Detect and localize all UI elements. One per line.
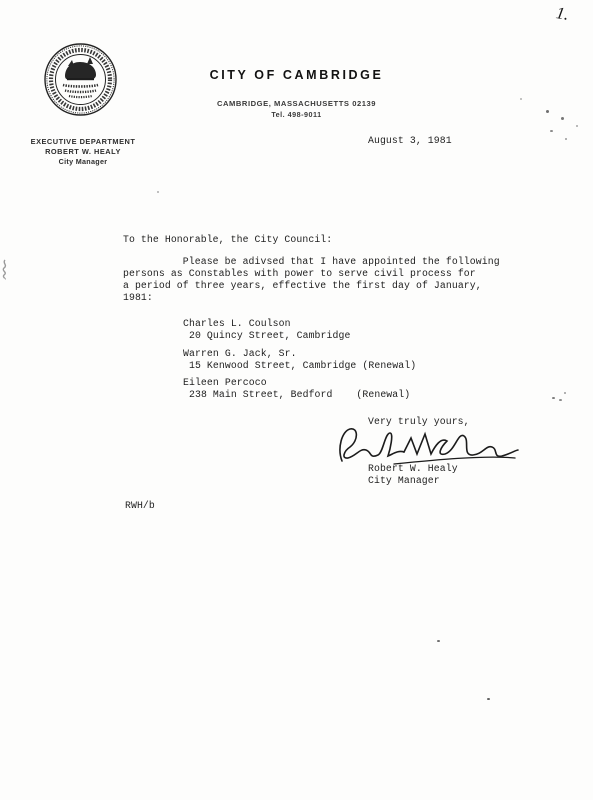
scan-speck <box>565 138 567 140</box>
scan-speck <box>561 117 564 120</box>
appointee-name: Charles L. Coulson <box>183 318 416 330</box>
appointee-name: Eileen Percoco <box>183 377 416 389</box>
appointee-list: Charles L. Coulson 20 Quincy Street, Cam… <box>183 318 416 407</box>
appointee-address: 20 Quincy Street, Cambridge <box>183 330 416 342</box>
letterhead-title: CITY OF CAMBRIDGE <box>0 68 593 82</box>
scan-speck <box>520 98 522 100</box>
scan-speck <box>487 698 490 700</box>
scan-speck <box>437 640 440 642</box>
scan-speck <box>559 399 562 401</box>
appointee-address: 15 Kenwood Street, Cambridge (Renewal) <box>183 360 416 372</box>
manager-title: City Manager <box>18 157 148 167</box>
handwritten-page-number: 1. <box>554 3 570 25</box>
appointee-entry: Eileen Percoco 238 Main Street, Bedford … <box>183 377 416 401</box>
letter-date: August 3, 1981 <box>368 135 452 147</box>
appointee-entry: Charles L. Coulson 20 Quincy Street, Cam… <box>183 318 416 342</box>
appointee-entry: Warren G. Jack, Sr. 15 Kenwood Street, C… <box>183 348 416 372</box>
signature-icon <box>336 421 520 469</box>
signer-title: City Manager <box>368 475 440 487</box>
salutation: To the Honorable, the City Council: <box>123 234 332 246</box>
department-block: EXECUTIVE DEPARTMENT ROBERT W. HEALY Cit… <box>18 137 148 167</box>
letterhead-phone: Tel. 498-9011 <box>0 110 593 119</box>
scan-speck <box>564 392 566 394</box>
scan-speck <box>546 110 549 113</box>
signer-name: Robert W. Healy <box>368 463 458 475</box>
appointee-name: Warren G. Jack, Sr. <box>183 348 416 360</box>
reference-initials: RWH/b <box>125 500 155 512</box>
scanned-letter-page: 1. CITY OF CAMBRIDGE CAMBRIDGE, MASSACHU… <box>0 0 593 800</box>
body-paragraph: Please be adivsed that I have appointed … <box>123 256 500 304</box>
scan-speck <box>576 125 578 127</box>
letterhead-address: CAMBRIDGE, MASSACHUSETTS 02139 <box>0 99 593 108</box>
scan-artifact-squiggle <box>0 258 12 280</box>
scan-speck <box>550 130 553 132</box>
scan-speck <box>552 397 555 399</box>
appointee-address: 238 Main Street, Bedford (Renewal) <box>183 389 416 401</box>
manager-name: ROBERT W. HEALY <box>18 147 148 157</box>
department-name: EXECUTIVE DEPARTMENT <box>18 137 148 147</box>
scan-speck <box>157 191 159 193</box>
